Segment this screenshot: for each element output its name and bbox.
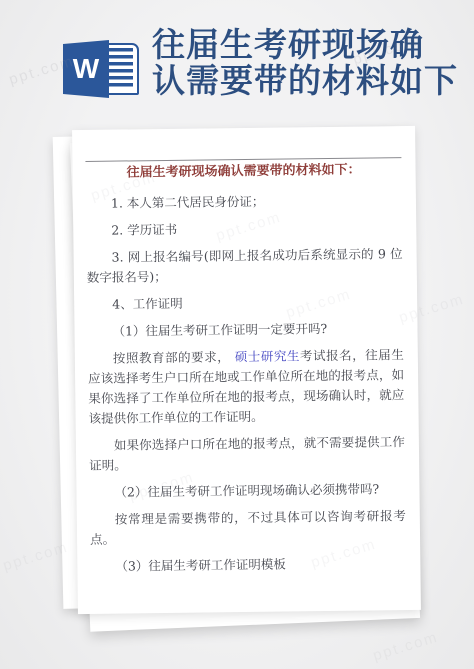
paragraph: 如果你选择户口所在地的报考点，就不需要提供工作证明。	[89, 432, 405, 476]
question-line: （1）往届生考研工作证明一定要开吗?	[87, 318, 403, 342]
document-content: 往届生考研现场确认需要带的材料如下： 1. 本人第二代居民身份证； 2. 学历证…	[85, 157, 406, 584]
word-icon-text-lines	[109, 48, 133, 90]
paragraph: 按常理是需要携带的，不过具体可以咨询考研报考点。	[90, 506, 406, 550]
inline-link[interactable]: 硕士研究生	[235, 348, 300, 364]
watermark-text: ppt.com	[371, 629, 440, 665]
watermark-text: ppt.com	[1, 539, 70, 575]
paragraph-text: 按照教育部的要求，	[113, 349, 235, 365]
page-title-line2: 认需要带的材料如下	[152, 63, 458, 99]
list-item: 1. 本人第二代居民身份证；	[86, 190, 402, 214]
word-icon: W	[63, 38, 139, 100]
paper-sheet-front: 往届生考研现场确认需要带的材料如下： 1. 本人第二代居民身份证； 2. 学历证…	[72, 126, 421, 614]
page-title: 往届生考研现场确 认需要带的材料如下	[152, 27, 458, 99]
page-canvas: W 往届生考研现场确 认需要带的材料如下 往届生考研现场确认需要带的材料如下： …	[0, 0, 474, 669]
list-item: 4、工作证明	[87, 291, 403, 315]
list-item: 3. 网上报名编号(即网上报名成功后系统显示的 9 位数字报名号)；	[86, 244, 402, 288]
word-icon-letter: W	[73, 53, 99, 85]
list-item: 2. 学历证书	[86, 217, 402, 241]
header: W 往届生考研现场确 认需要带的材料如下	[0, 0, 474, 118]
paragraph: 按照教育部的要求， 硕士研究生考试报名，往届生应该选择考生户口所在地或工作单位所…	[88, 345, 405, 429]
document-heading: 往届生考研现场确认需要带的材料如下：	[85, 161, 401, 182]
word-icon-flag: W	[63, 40, 109, 98]
question-line: （3）往届生考研工作证明模板	[90, 553, 406, 577]
question-line: （2）往届生考研工作证明现场确认必须携带吗?	[89, 479, 405, 503]
page-title-line1: 往届生考研现场确	[152, 27, 458, 63]
